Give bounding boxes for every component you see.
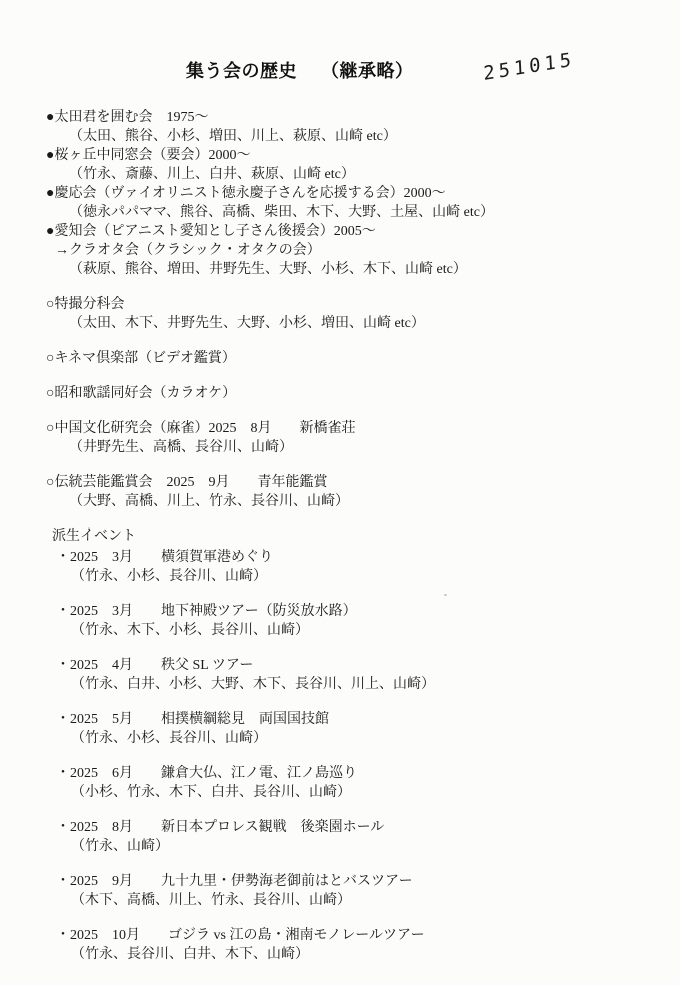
- club-members-line: （竹永、斎藤、川上、白井、萩原、山崎 etc）: [0, 165, 680, 184]
- circle-members-line: （大野、高橋、川上、竹永、長谷川、山崎）: [0, 492, 680, 511]
- event-heading: ・2025 3月 横須賀軍港めぐり: [0, 548, 680, 567]
- event-entry: ・2025 4月 秩父 SL ツアー （竹永、白井、小杉、大野、木下、長谷川、川…: [0, 656, 680, 694]
- club-entry: ●太田君を囲む会 1975〜 （太田、熊谷、小杉、増田、川上、萩原、山崎 etc…: [0, 108, 680, 146]
- event-members-line: （竹永、木下、小杉、長谷川、山崎）: [0, 621, 680, 640]
- event-entry: ・2025 9月 九十九里・伊勢海老御前はとバスツアー （木下、高橋、川上、竹永…: [0, 872, 680, 910]
- club-entry: ●慶応会（ヴァイオリニスト徳永慶子さんを応援する会）2000〜 （徳永パパママ、…: [0, 184, 680, 222]
- circle-members-line: （太田、木下、井野先生、大野、小杉、増田、山崎 etc）: [0, 314, 680, 333]
- event-entry: ・2025 3月 地下神殿ツアー（防災放水路） （竹永、木下、小杉、長谷川、山崎…: [0, 602, 680, 640]
- document-body: ●太田君を囲む会 1975〜 （太田、熊谷、小杉、増田、川上、萩原、山崎 etc…: [0, 108, 680, 964]
- event-heading: ・2025 6月 鎌倉大仏、江ノ電、江ノ島巡り: [0, 764, 680, 783]
- club-heading: ●桜ヶ丘中同窓会（要会）2000〜: [0, 146, 680, 165]
- event-entry: ・2025 3月 横須賀軍港めぐり （竹永、小杉、長谷川、山崎）: [0, 548, 680, 586]
- current-circles-section: ○特撮分科会 （太田、木下、井野先生、大野、小杉、増田、山崎 etc） ○キネマ…: [0, 295, 680, 511]
- event-heading: ・2025 5月 相撲横綱総見 両国国技館: [0, 710, 680, 729]
- derived-events-section: 派生イベント ・2025 3月 横須賀軍港めぐり （竹永、小杉、長谷川、山崎） …: [0, 527, 680, 964]
- club-members-line: （太田、熊谷、小杉、増田、川上、萩原、山崎 etc）: [0, 127, 680, 146]
- club-heading: ●愛知会（ピアニスト愛知とし子さん後援会）2005〜: [0, 222, 680, 241]
- club-entry: ●桜ヶ丘中同窓会（要会）2000〜 （竹永、斎藤、川上、白井、萩原、山崎 etc…: [0, 146, 680, 184]
- circle-entry: ○伝統芸能鑑賞会 2025 9月 青年能鑑賞 （大野、高橋、川上、竹永、長谷川、…: [0, 473, 680, 511]
- circle-members-line: （井野先生、高橋、長谷川、山崎）: [0, 438, 680, 457]
- event-heading: ・2025 9月 九十九里・伊勢海老御前はとバスツアー: [0, 872, 680, 891]
- club-entry: ●愛知会（ピアニスト愛知とし子さん後援会）2005〜 →クラオタ会（クラシック・…: [0, 222, 680, 279]
- derived-events-heading: 派生イベント: [0, 527, 680, 546]
- event-members-line: （竹永、山崎）: [0, 837, 680, 856]
- event-entry: ・2025 10月 ゴジラ vs 江の島・湘南モノレールツアー （竹永、長谷川、…: [0, 926, 680, 964]
- event-heading: ・2025 3月 地下神殿ツアー（防災放水路）: [0, 602, 680, 621]
- scanned-document: 集う会の歴史 （継承略） 251015 ●太田君を囲む会 1975〜 （太田、熊…: [0, 0, 680, 985]
- circle-entry: ○キネマ倶楽部（ビデオ鑑賞）: [0, 349, 680, 368]
- event-entry: ・2025 5月 相撲横綱総見 両国国技館 （竹永、小杉、長谷川、山崎）: [0, 710, 680, 748]
- circle-heading: ○特撮分科会: [0, 295, 680, 314]
- event-heading: ・2025 10月 ゴジラ vs 江の島・湘南モノレールツアー: [0, 926, 680, 945]
- circle-heading: ○キネマ倶楽部（ビデオ鑑賞）: [0, 349, 680, 368]
- event-heading: ・2025 4月 秩父 SL ツアー: [0, 656, 680, 675]
- circle-heading: ○昭和歌謡同好会（カラオケ）: [0, 384, 680, 403]
- club-subline: →クラオタ会（クラシック・オタクの会）: [0, 241, 680, 260]
- club-heading: ●慶応会（ヴァイオリニスト徳永慶子さんを応援する会）2000〜: [0, 184, 680, 203]
- event-members-line: （小杉、竹永、木下、白井、長谷川、山崎）: [0, 783, 680, 802]
- club-heading: ●太田君を囲む会 1975〜: [0, 108, 680, 127]
- event-members-line: （竹永、小杉、長谷川、山崎）: [0, 567, 680, 586]
- legacy-clubs-section: ●太田君を囲む会 1975〜 （太田、熊谷、小杉、増田、川上、萩原、山崎 etc…: [0, 108, 680, 279]
- document-title: 集う会の歴史 （継承略）: [186, 57, 414, 83]
- circle-entry: ○中国文化研究会（麻雀）2025 8月 新橋雀荘 （井野先生、高橋、長谷川、山崎…: [0, 419, 680, 457]
- event-members-line: （竹永、小杉、長谷川、山崎）: [0, 729, 680, 748]
- circle-entry: ○特撮分科会 （太田、木下、井野先生、大野、小杉、増田、山崎 etc）: [0, 295, 680, 333]
- circle-entry: ○昭和歌謡同好会（カラオケ）: [0, 384, 680, 403]
- club-members-line: （萩原、熊谷、増田、井野先生、大野、小杉、木下、山崎 etc）: [0, 260, 680, 279]
- circle-heading: ○中国文化研究会（麻雀）2025 8月 新橋雀荘: [0, 419, 680, 438]
- handwritten-date-stamp: 251015: [483, 48, 576, 85]
- club-members-line: （徳永パパママ、熊谷、高橋、柴田、木下、大野、土屋、山崎 etc）: [0, 203, 680, 222]
- event-heading: ・2025 8月 新日本プロレス観戦 後楽園ホール: [0, 818, 680, 837]
- circle-heading: ○伝統芸能鑑賞会 2025 9月 青年能鑑賞: [0, 473, 680, 492]
- event-members-line: （竹永、長谷川、白井、木下、山崎）: [0, 945, 680, 964]
- event-members-line: （木下、高橋、川上、竹永、長谷川、山崎）: [0, 891, 680, 910]
- event-members-line: （竹永、白井、小杉、大野、木下、長谷川、川上、山崎）: [0, 675, 680, 694]
- event-entry: ・2025 6月 鎌倉大仏、江ノ電、江ノ島巡り （小杉、竹永、木下、白井、長谷川…: [0, 764, 680, 802]
- event-entry: ・2025 8月 新日本プロレス観戦 後楽園ホール （竹永、山崎）: [0, 818, 680, 856]
